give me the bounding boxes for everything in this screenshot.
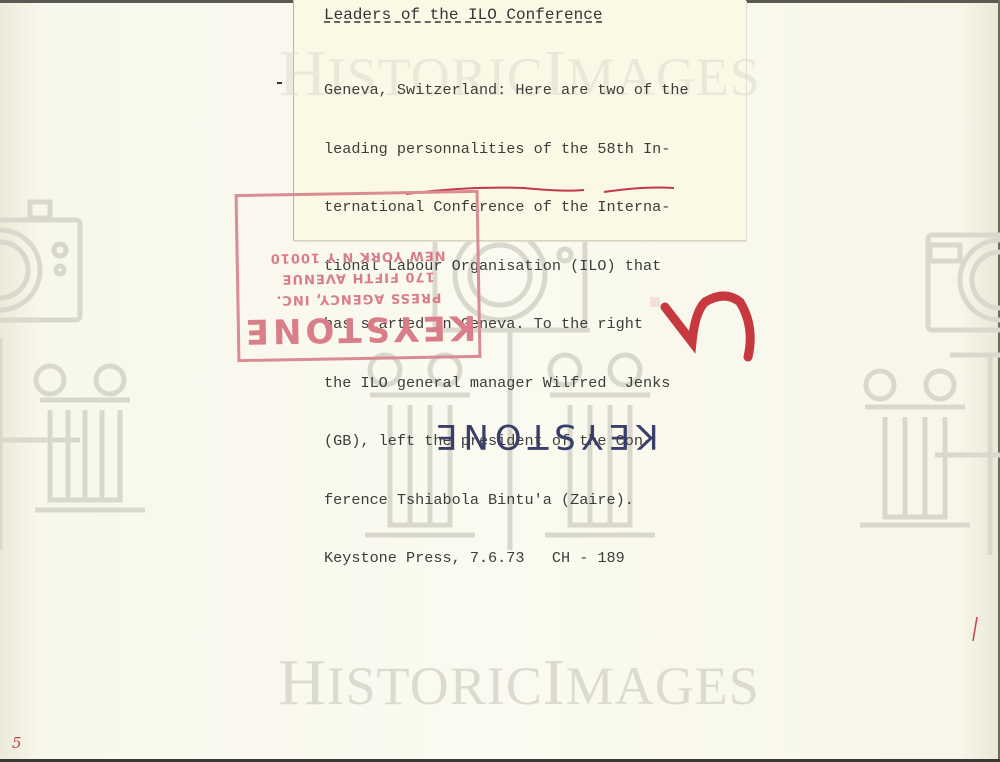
caption-line: the ILO general manager Wilfred Jenks — [324, 374, 744, 394]
stamp-line-2: 170 FIFTH AVENUE — [239, 265, 477, 290]
handwritten-keystone: KEYSTONE — [430, 416, 659, 456]
caption-line: Keystone Press, 7.6.73 CH - 189 — [324, 549, 744, 569]
caption-line: leading personnalities of the 58th In- — [324, 140, 744, 160]
caption-title: Leaders of the ILO Conference — [324, 6, 602, 24]
watermark-i: I — [543, 646, 566, 719]
watermark-logo-left-icon — [0, 190, 160, 550]
stamp-line-3: NEW YORK N Y 10010 — [238, 244, 476, 269]
watermark-logo-right-icon — [850, 195, 1000, 555]
watermark-h: H — [279, 37, 328, 110]
corner-number: 5 — [12, 734, 22, 752]
watermark-mages: MAGES — [566, 656, 760, 716]
watermark-h: H — [278, 646, 327, 719]
caption-line: Geneva, Switzerland: Here are two of the — [324, 81, 744, 101]
caption-line: ference Tshiabola Bintu'a (Zaire). — [324, 491, 744, 511]
red-crayon-number — [650, 282, 760, 362]
red-pencil-mark — [970, 615, 980, 645]
watermark-text: HISTORICIMAGES — [278, 645, 760, 721]
stamp-brand: KEYSTONE — [240, 307, 479, 351]
keystone-stamp: KEYSTONE PRESS AGENCY, INC. 170 FIFTH AV… — [235, 190, 482, 362]
watermark-istoric: ISTORIC — [327, 656, 543, 716]
margin-tick — [277, 82, 282, 84]
